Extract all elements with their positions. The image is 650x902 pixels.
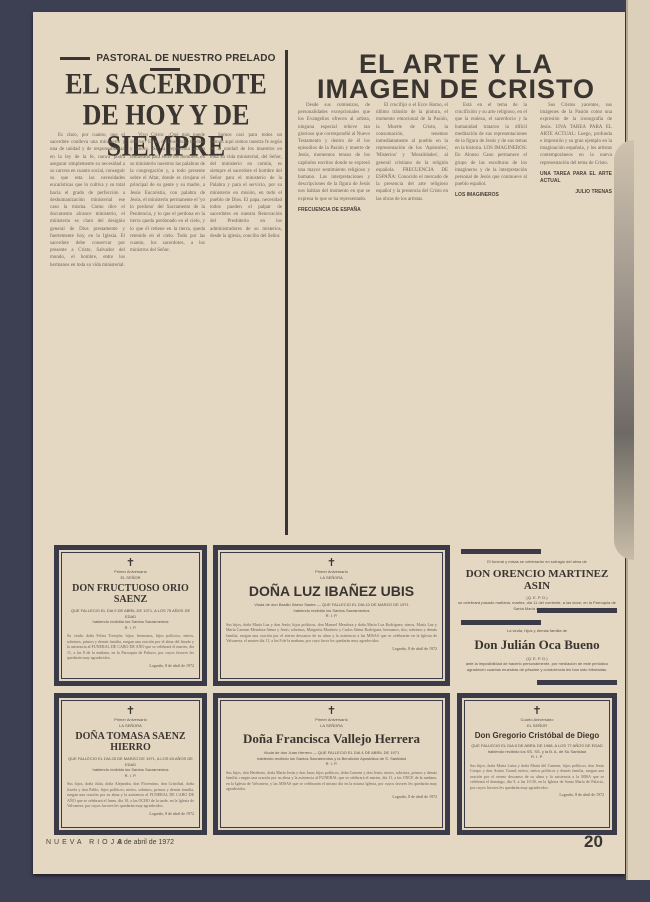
cross-icon: ✝ (470, 706, 604, 717)
portrait-photo (614, 140, 634, 560)
notice-rule (537, 680, 617, 685)
obituary-francisca-vallejo: ✝ Primer Aniversario LA SEÑORA Doña Fran… (213, 693, 450, 835)
notice-orencio-martinez: El funeral y misas se celebrarán en sufr… (456, 559, 618, 611)
obituary-gregorio-cristobal: ✝ Cuarto Aniversario EL SEÑOR Don Gregor… (457, 693, 617, 835)
cross-icon: ✝ (226, 558, 437, 569)
article2-title: EL ARTE Y LA IMAGEN DE CRISTO (300, 52, 612, 102)
notice-julian-oca: La viuda, hijos y demás familia de Don J… (456, 628, 618, 672)
notice-rule (461, 620, 541, 625)
article2-column-1: Desde sus comienzos, de personalidades e… (298, 102, 370, 534)
article1-column-1: Es claro, por cuanto, que el sacerdote c… (50, 132, 125, 530)
obituary-luz-ibanez: ✝ Primer Aniversario LA SEÑORA DOÑA LUZ … (213, 545, 450, 686)
obituary-fructuoso-orio: ✝ Primer Aniversario EL SEÑOR DON FRUCTU… (54, 545, 207, 686)
cross-icon: ✝ (67, 558, 194, 569)
cross-icon: ✝ (226, 706, 437, 717)
notice-rule (537, 608, 617, 613)
article1-column-3: Somos casi para todos un común aquí somo… (210, 132, 282, 530)
publication-name: NUEVA RIOJA (46, 839, 125, 846)
notice-rule (461, 549, 541, 554)
article1-column-2: Vivo Cristo: ¿Qué más puede decirse? Es … (130, 132, 205, 530)
page-number: 20 (584, 832, 603, 852)
article2-column-2: El crucifijo o el Ecce Homo, el último t… (376, 102, 448, 534)
cross-icon: ✝ (67, 706, 194, 717)
column-divider (285, 50, 288, 535)
obituary-tomasa-saenz: ✝ Primer Aniversario LA SEÑORA DOÑA TOMA… (54, 693, 207, 835)
article2-column-4: Sus Cristos yacentes, sus imágenes de la… (540, 102, 612, 534)
article2-byline: JULIO TRENAS (540, 189, 612, 196)
article2-column-3: Está en el tema de la crucifixión y su a… (455, 102, 527, 534)
publication-date: 8 de abril de 1972 (118, 839, 174, 846)
